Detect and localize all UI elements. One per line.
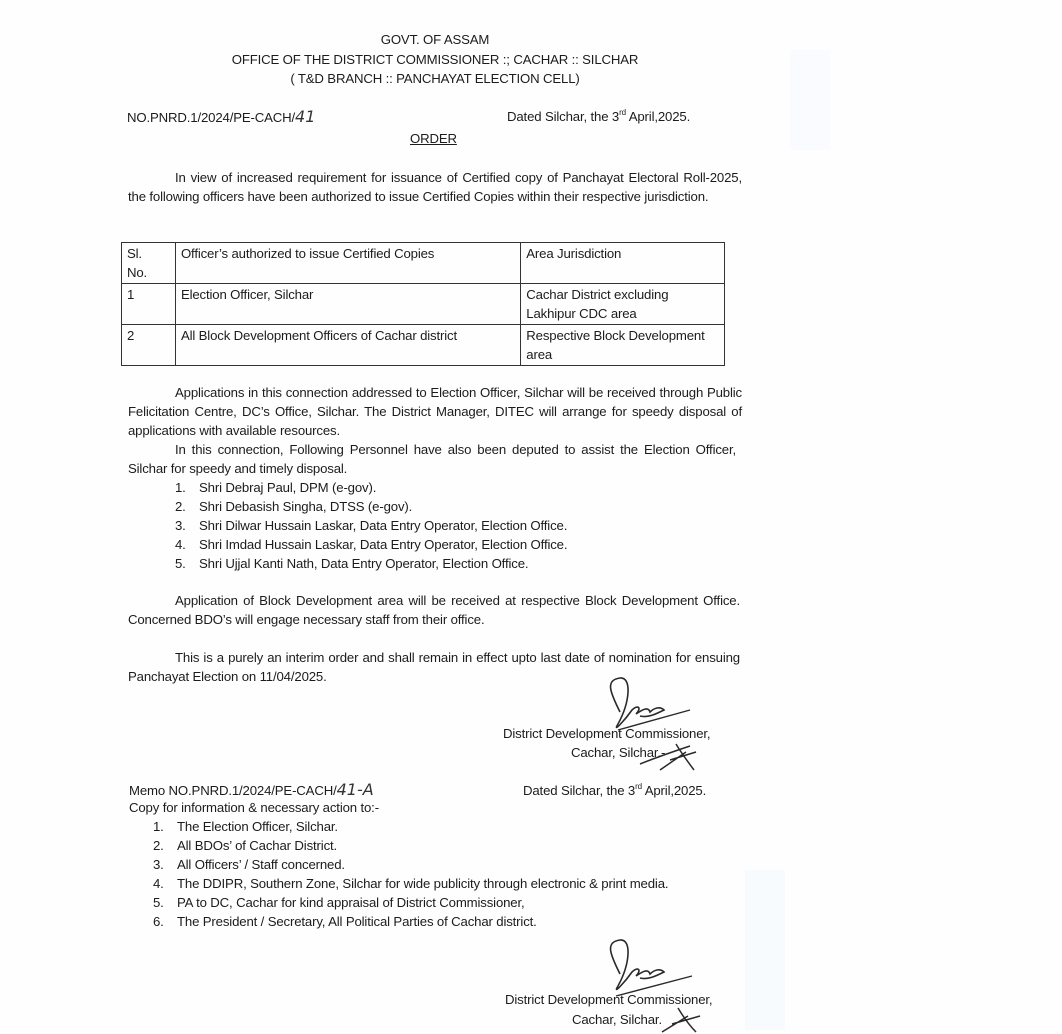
date-suffix: April,2025. [642,783,706,798]
table-cell: 2 [122,325,176,366]
date-suffix: April,2025. [626,109,690,124]
list-text: All Officers’ / Staff concerned. [177,857,345,872]
date-sup: rd [635,782,642,791]
memo-number-prefix: Memo NO.PNRD.1/2024/PE-CACH/ [129,783,337,798]
list-text: Shri Dilwar Hussain Laskar, Data Entry O… [199,518,567,533]
date-prefix: Dated Silchar, the 3 [523,783,635,798]
list-item: 2.All BDOs’ of Cachar District. [153,836,668,855]
applications-paragraph: Applications in this connection addresse… [128,383,742,440]
table-cell: Election Officer, Silchar [175,284,520,325]
list-item: 4.The DDIPR, Southern Zone, Silchar for … [153,874,668,893]
intro-paragraph: In view of increased requirement for iss… [128,168,742,206]
list-text: Shri Ujjal Kanti Nath, Data Entry Operat… [199,556,528,571]
table-cell: 1 [122,284,176,325]
list-text: All BDOs’ of Cachar District. [177,838,337,853]
order-number: NO.PNRD.1/2024/PE-CACH/41 [127,107,315,127]
table-header-row: Sl. No. Officer’s authorized to issue Ce… [122,243,725,284]
list-number: 3. [175,516,199,535]
list-item: 3.All Officers’ / Staff concerned. [153,855,668,874]
memo-date: Dated Silchar, the 3rd April,2025. [523,781,706,800]
list-text: Shri Debraj Paul, DPM (e-gov). [199,480,376,495]
signatory-place: Cachar, Silchar. [572,1010,662,1029]
authorized-officers-table: Sl. No. Officer’s authorized to issue Ce… [121,242,725,366]
list-number: 5. [153,893,177,912]
table-header-cell: Officer’s authorized to issue Certified … [175,243,520,284]
signatory-title: District Development Commissioner, [503,724,710,743]
signatory-place: Cachar, Silchar.- [571,743,665,762]
list-item: 4.Shri Imdad Hussain Laskar, Data Entry … [175,535,567,554]
list-text: PA to DC, Cachar for kind appraisal of D… [177,895,525,910]
list-number: 2. [175,497,199,516]
list-number: 4. [153,874,177,893]
list-item: 2.Shri Debasish Singha, DTSS (e-gov). [175,497,567,516]
copy-distribution-list: 1.The Election Officer, Silchar. 2.All B… [153,817,668,931]
table-cell: Cachar District excluding Lakhipur CDC a… [521,284,725,325]
paper-show-through [790,50,830,150]
signatory-title: District Development Commissioner, [505,990,712,1009]
list-item: 6.The President / Secretary, All Politic… [153,912,668,931]
memo-number-handwritten: 41-A [337,780,374,799]
document-page: GOVT. OF ASSAM OFFICE OF THE DISTRICT CO… [0,0,1062,1034]
letterhead-office: OFFICE OF THE DISTRICT COMMISSIONER :; C… [200,50,670,70]
table-header-cell: Area Jurisdiction [521,243,725,284]
copy-to-label: Copy for information & necessary action … [129,798,379,817]
letterhead-branch: ( T&D BRANCH :: PANCHAYAT ELECTION CELL) [220,69,650,89]
list-item: 5.Shri Ujjal Kanti Nath, Data Entry Oper… [175,554,567,573]
table-cell: Respective Block Development area [521,325,725,366]
list-number: 1. [175,478,199,497]
list-number: 4. [175,535,199,554]
order-number-prefix: NO.PNRD.1/2024/PE-CACH/ [127,110,295,125]
table-row: 2 All Block Development Officers of Cach… [122,325,725,366]
paper-show-through [745,870,785,1030]
list-text: Shri Debasish Singha, DTSS (e-gov). [199,499,412,514]
list-text: Shri Imdad Hussain Laskar, Data Entry Op… [199,537,567,552]
letterhead-govt: GOVT. OF ASSAM [220,30,650,50]
list-item: 5.PA to DC, Cachar for kind appraisal of… [153,893,668,912]
personnel-intro-paragraph: In this connection, Following Personnel … [128,440,736,478]
list-number: 3. [153,855,177,874]
order-number-handwritten: 41 [295,107,315,126]
table-header-cell: Sl. No. [122,243,176,284]
block-development-paragraph: Application of Block Development area wi… [128,591,740,629]
personnel-list: 1.Shri Debraj Paul, DPM (e-gov). 2.Shri … [175,478,567,573]
date-prefix: Dated Silchar, the 3 [507,109,619,124]
list-number: 6. [153,912,177,931]
table-cell: All Block Development Officers of Cachar… [175,325,520,366]
table-row: 1 Election Officer, Silchar Cachar Distr… [122,284,725,325]
list-item: 1.The Election Officer, Silchar. [153,817,668,836]
list-item: 1.Shri Debraj Paul, DPM (e-gov). [175,478,567,497]
list-number: 2. [153,836,177,855]
list-number: 1. [153,817,177,836]
list-text: The President / Secretary, All Political… [177,914,537,929]
list-text: The Election Officer, Silchar. [177,819,338,834]
order-title: ORDER [410,129,457,148]
list-text: The DDIPR, Southern Zone, Silchar for wi… [177,876,668,891]
date-sup: rd [619,108,626,117]
list-number: 5. [175,554,199,573]
list-item: 3.Shri Dilwar Hussain Laskar, Data Entry… [175,516,567,535]
order-date: Dated Silchar, the 3rd April,2025. [507,107,690,126]
memo-number: Memo NO.PNRD.1/2024/PE-CACH/41-A [129,780,374,800]
